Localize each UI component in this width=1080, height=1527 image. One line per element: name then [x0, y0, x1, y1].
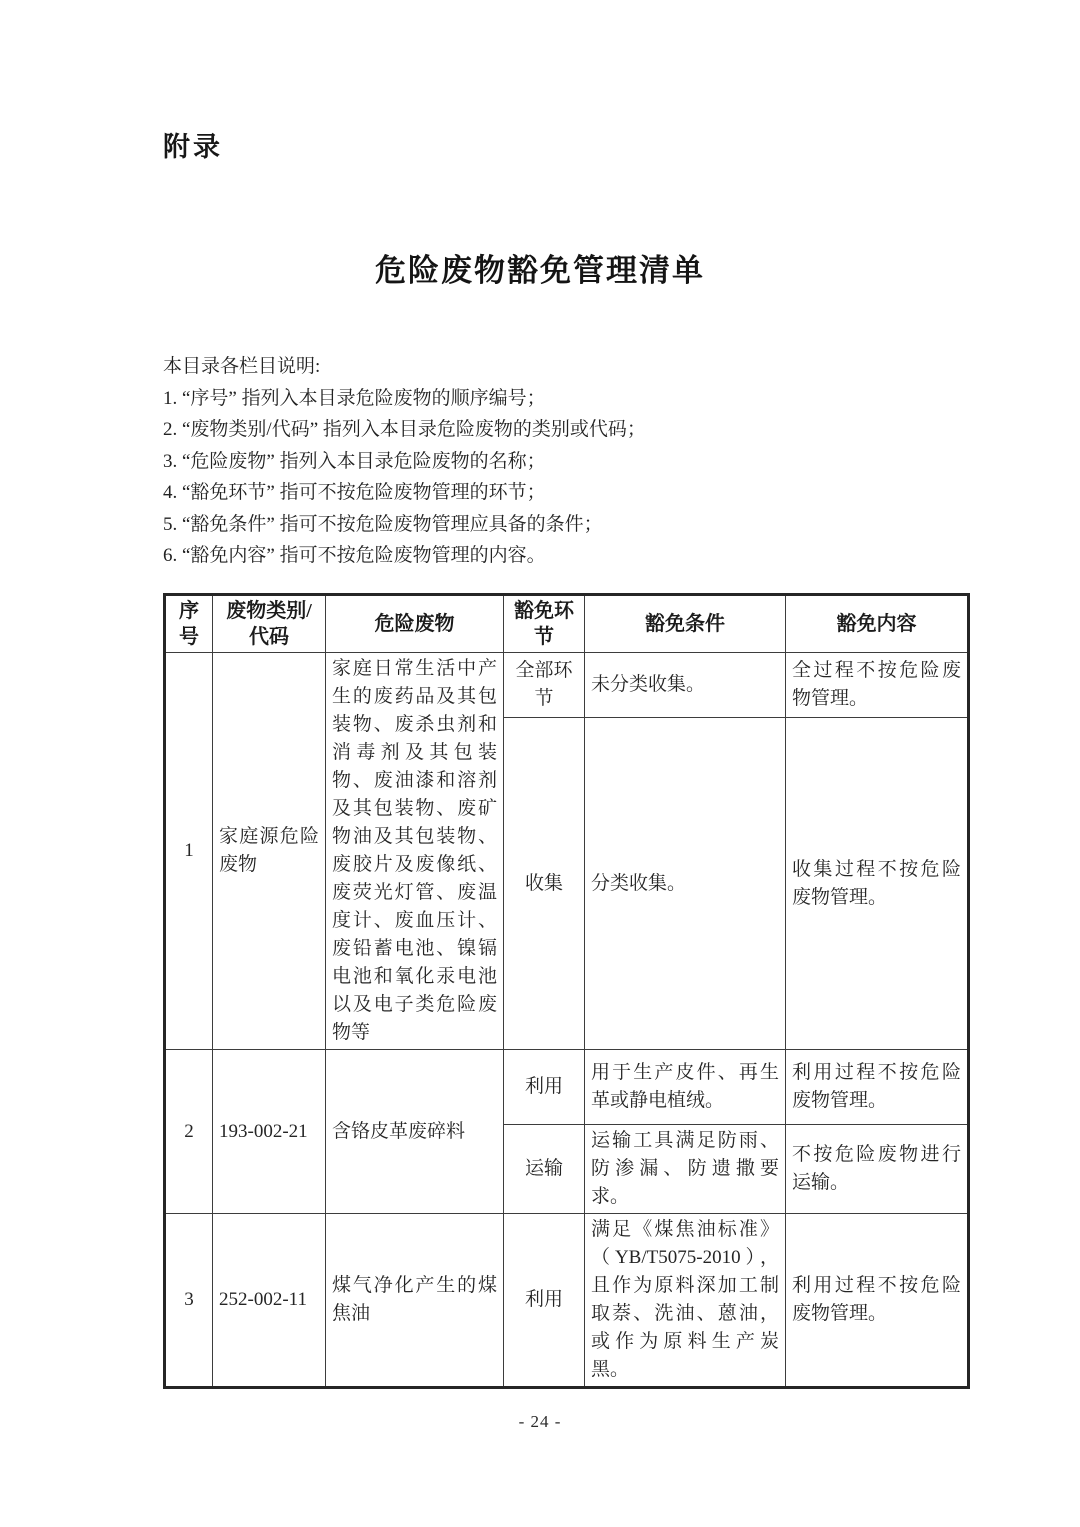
cell-condition-2b: 运输工具满足防雨、防渗漏、防遗撒要求。 [585, 1125, 786, 1214]
cell-waste-1: 家庭日常生活中产生的废药品及其包装物、废杀虫剂和消毒剂及其包装物、废油漆和溶剂及… [326, 653, 504, 1050]
exemption-table: 序号 废物类别/代码 危险废物 豁免环节 豁免条件 豁免内容 1 家庭源危险废物… [163, 593, 970, 1389]
intro-item-5: 5. “豁免条件” 指可不按危险废物管理应具备的条件； [163, 509, 923, 541]
table-header-row: 序号 废物类别/代码 危险废物 豁免环节 豁免条件 豁免内容 [165, 595, 969, 653]
header-waste: 危险废物 [326, 595, 504, 653]
table-row-2a: 2 193-002-21 含铬皮革废碎料 利用 用于生产皮件、再生革或静电植绒。… [165, 1050, 969, 1125]
intro-section: 本目录各栏目说明: 1. “序号” 指列入本目录危险废物的顺序编号； 2. “废… [163, 351, 923, 572]
table-row-1a: 1 家庭源危险废物 家庭日常生活中产生的废药品及其包装物、废杀虫剂和消毒剂及其包… [165, 653, 969, 718]
header-content: 豁免内容 [786, 595, 969, 653]
header-category: 废物类别/代码 [213, 595, 326, 653]
cell-stage-2b: 运输 [504, 1125, 585, 1214]
cell-content-2a: 利用过程不按危险废物管理。 [786, 1050, 969, 1125]
table-row-3: 3 252-002-11 煤气净化产生的煤焦油 利用 满足《煤焦油标准》（YB/… [165, 1214, 969, 1388]
cell-category-1: 家庭源危险废物 [213, 653, 326, 1050]
cell-stage-3: 利用 [504, 1214, 585, 1388]
cell-stage-1b: 收集 [504, 718, 585, 1050]
cell-seq-1: 1 [165, 653, 213, 1050]
intro-heading: 本目录各栏目说明: [163, 351, 923, 383]
intro-item-2: 2. “废物类别/代码” 指列入本目录危险废物的类别或代码； [163, 414, 923, 446]
cell-content-1a: 全过程不按危险废物管理。 [786, 653, 969, 718]
cell-condition-1a: 未分类收集。 [585, 653, 786, 718]
cell-content-2b: 不按危险废物进行运输。 [786, 1125, 969, 1214]
intro-item-1: 1. “序号” 指列入本目录危险废物的顺序编号； [163, 383, 923, 415]
header-stage: 豁免环节 [504, 595, 585, 653]
cell-stage-2a: 利用 [504, 1050, 585, 1125]
exemption-table-wrap: 序号 废物类别/代码 危险废物 豁免环节 豁免条件 豁免内容 1 家庭源危险废物… [163, 593, 967, 1389]
cell-content-3: 利用过程不按危险废物管理。 [786, 1214, 969, 1388]
cell-condition-2a: 用于生产皮件、再生革或静电植绒。 [585, 1050, 786, 1125]
cell-waste-3: 煤气净化产生的煤焦油 [326, 1214, 504, 1388]
header-condition: 豁免条件 [585, 595, 786, 653]
document-page: 附录 危险废物豁免管理清单 本目录各栏目说明: 1. “序号” 指列入本目录危险… [0, 0, 1080, 1527]
intro-item-3: 3. “危险废物” 指列入本目录危险废物的名称； [163, 446, 923, 478]
cell-category-3: 252-002-11 [213, 1214, 326, 1388]
cell-condition-1b: 分类收集。 [585, 718, 786, 1050]
cell-condition-3: 满足《煤焦油标准》（YB/T5075-2010），且作为原料深加工制取萘、洗油、… [585, 1214, 786, 1388]
header-seq: 序号 [165, 595, 213, 653]
page-number: - 24 - [0, 1412, 1080, 1432]
cell-seq-3: 3 [165, 1214, 213, 1388]
cell-seq-2: 2 [165, 1050, 213, 1214]
cell-waste-2: 含铬皮革废碎料 [326, 1050, 504, 1214]
cell-content-1b: 收集过程不按危险废物管理。 [786, 718, 969, 1050]
cell-category-2: 193-002-21 [213, 1050, 326, 1214]
page-title: 危险废物豁免管理清单 [0, 245, 1080, 290]
intro-item-4: 4. “豁免环节” 指可不按危险废物管理的环节； [163, 477, 923, 509]
cell-stage-1a: 全部环节 [504, 653, 585, 718]
intro-item-6: 6. “豁免内容” 指可不按危险废物管理的内容。 [163, 540, 923, 572]
appendix-label: 附录 [163, 125, 223, 164]
